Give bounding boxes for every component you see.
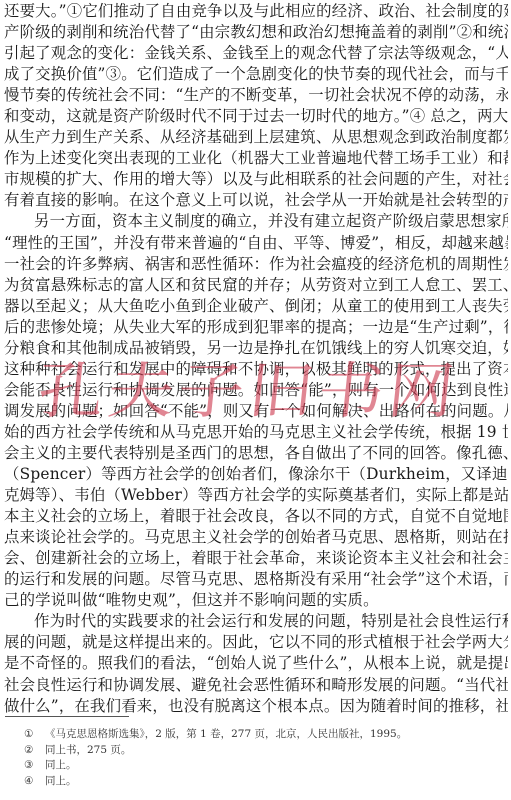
text-line: 成了交换价值”③。它们造成了一个急剧变化的快节奏的现代社会，而与千百年沉睡的 <box>4 64 508 85</box>
text-line: 和变动，这就是资产阶级时代不同于过去一切时代的地方。”④ 总之，两大革命使社会 <box>4 106 508 127</box>
text-line: “理性的王国”，并没有带来普遍的“自由、平等、博爱”，相反，却越来越暴露出这 <box>4 233 508 254</box>
text-line: 展的问题，就是这样提出来的。因此，它以不同的形式植根于社会学两大分支之中， <box>4 632 508 653</box>
text-line: 慢节奏的传统社会不同：“生产的不断变革，一切社会状况不停的动荡，永远的不安定 <box>4 85 508 106</box>
text-line: 作为上述变化突出表现的工业化（机器大工业普遍地代替工场手工业）和都市化（城 <box>4 148 508 169</box>
text-line: 的运行和发展的问题。尽管马克思、恩格斯没有采用“社会学”这个术语，而把自 <box>4 569 508 590</box>
footnote-marker: ④ <box>24 774 45 790</box>
body-text: 还要大。”①它们推动了自由竞争以及与此相应的经济、政治、社会制度的建立：资产阶级… <box>4 1 508 717</box>
text-line: 作为时代的实践要求的社会运行和发展的问题，特别是社会良性运行和协调发 <box>4 611 508 632</box>
footnote-marker: ③ <box>24 758 45 774</box>
text-line: 有着直接的影响。在这个意义上可以说，社会学从一开始就是社会转型的产物。 <box>4 190 508 211</box>
text-line: 市规模的扩大、作用的增大等）以及与此相联系的社会问题的产生，对社会学的产生 <box>4 169 508 190</box>
footnote-text: 同上。 <box>45 774 77 790</box>
text-line: 己的学说叫做“唯物史观”，但这并不影响问题的实质。 <box>4 590 508 611</box>
text-line: 会、创建新社会的立场上，着眼于社会革命，来谈论资本主义社会和社会主义社会 <box>4 548 508 569</box>
text-line: 产阶级的剥削和统治代替了“由宗教幻想和政治幻想掩盖着的剥削”②和统治。它们 <box>4 22 508 43</box>
text-line: 点来谈论社会学的。马克思主义社会学的创始者马克思、恩格斯，则站在推翻旧社 <box>4 527 508 548</box>
footnote-text: 同上书，275 页。 <box>45 743 131 759</box>
text-line: 会能否良性运行和协调发展的问题。如回答“能”，则有一个如何达到良性运行和协 <box>4 380 508 401</box>
text-line: 调发展的问题；如回答“不能”，则又有一个如何解决、出路何在的问题。从孔德开 <box>4 401 508 422</box>
footnote-text: 《马克思恩格斯选集》，2 版，第 1 卷，277 页，北京，人民出版社，1995… <box>45 727 407 743</box>
text-line: 为贫富悬殊标志的富人区和贫民窟的并存；从劳资对立到工人怠工、罢工、破坏机 <box>4 275 508 296</box>
text-line: 本主义社会的立场上，着眼于社会改良，各以不同的方式，自觉不自觉地围绕这一 <box>4 506 508 527</box>
text-line: 后的悲惨处境；从失业大军的形成到犯罪率的提高；一边是“生产过剩”，很大一部 <box>4 317 508 338</box>
text-line: （Spencer）等西方社会学的创始者们，像涂尔干（Durkheim，又译迪尔凯… <box>4 464 508 485</box>
footnote: ④同上。 <box>24 774 504 790</box>
text-line: 是不奇怪的。照我们的看法，“创始人说了些什么”，从根本上说，就是提出了争取 <box>4 653 508 674</box>
footnote-divider <box>5 716 129 717</box>
footnote: ②同上书，275 页。 <box>24 743 504 759</box>
text-line: 从生产力到生产关系、从经济基础到上层建筑、从思想观念到政治制度都发生了变化。 <box>4 127 508 148</box>
document-page: 还要大。”①它们推动了自由竞争以及与此相应的经济、政治、社会制度的建立：资产阶级… <box>0 0 511 800</box>
footnote: ③同上。 <box>24 758 504 774</box>
text-line: 会主义的主要代表特别是圣西门的思想，各自做出了不同的回答。像孔德、斯宾塞 <box>4 443 508 464</box>
footnote-marker: ① <box>24 727 45 743</box>
text-line: 社会良性运行和协调发展、避免社会恶性循环和畸形发展的问题。“当代社会学家在 <box>4 675 508 696</box>
footnotes: ①《马克思恩格斯选集》，2 版，第 1 卷，277 页，北京，人民出版社，199… <box>24 727 504 789</box>
text-line: 引起了观念的变化：金钱关系、金钱至上的观念代替了宗法等级观念，“人的尊严变 <box>4 43 508 64</box>
text-line: 一社会的许多弊病、祸害和恶性循环：作为社会瘟疫的经济危机的周期性发作；作 <box>4 254 508 275</box>
footnote: ①《马克思恩格斯选集》，2 版，第 1 卷，277 页，北京，人民出版社，199… <box>24 727 504 743</box>
text-line: 还要大。”①它们推动了自由竞争以及与此相应的经济、政治、社会制度的建立：资 <box>4 1 508 22</box>
footnote-marker: ② <box>24 743 45 759</box>
text-line: 这种种社会运行和发展中的障碍和不协调，以极其鲜明的形式，提出了资本主义社 <box>4 359 508 380</box>
text-line: 器以至起义；从大鱼吃小鱼到企业破产、倒闭；从童工的使用到工人丧失劳动能力 <box>4 296 508 317</box>
text-line: 克姆等）、韦伯（Webber）等西方社会学的实际奠基者们，实际上都是站在维护资 <box>4 485 508 506</box>
text-line: 分粮食和其他制成品被销毁，另一边是挣扎在饥饿线上的穷人饥寒交迫，如此等等。 <box>4 338 508 359</box>
text-line: 做什么”，在我们看来，也没有脱离这个根本点。因为随着时间的推移，社会越来越 <box>4 696 508 717</box>
text-line: 始的西方社会学传统和从马克思开始的马克思主义社会学传统，根据 19 世纪空想社 <box>4 422 508 443</box>
footnote-text: 同上。 <box>45 758 77 774</box>
text-line: 另一方面，资本主义制度的确立，并没有建立起资产阶级启蒙思想家所预言的 <box>4 211 508 232</box>
